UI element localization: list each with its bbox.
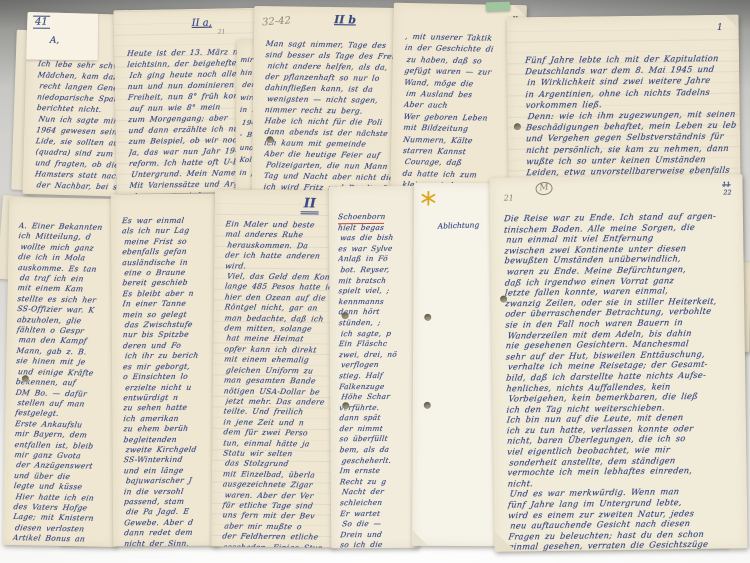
manuscript-page-bottom-4: Schoenbornhielt begaswas die bishes war … <box>329 186 419 549</box>
punch-hole <box>424 402 431 409</box>
folded-corner <box>515 5 527 17</box>
photo-of-manuscript-pages: Ich lebe sehr schwierig undMädchen, kam … <box>0 0 750 563</box>
punch-hole <box>266 136 273 143</box>
pencil-page-number: 21 <box>504 193 514 202</box>
handwriting-text: Man sagt nimmer, Tage dessind besser als… <box>264 38 396 197</box>
manuscript-page-top-3: 32-42 II b Man sagt nimmer, Tage dessind… <box>252 6 397 197</box>
pencil-range-label: 32-42 <box>262 15 292 28</box>
handwriting-text: A. Einer Bekanntenich Mitteilung, dwollt… <box>13 221 123 547</box>
manuscript-page-bottom-1: A. Einer Bekanntenich Mitteilung, dwollt… <box>3 197 124 547</box>
crossed-number: 11 <box>722 180 730 188</box>
manuscript-page-bottom-6: 21 M 11 22 Die Reise war zu Ende. Ich st… <box>489 174 747 551</box>
punch-hole <box>342 312 349 319</box>
folded-corner <box>725 15 739 29</box>
punch-hole <box>424 314 431 321</box>
pencil-sub-number: 21 <box>218 28 226 35</box>
section-label: II b <box>334 13 356 26</box>
asterisk-icon <box>421 191 436 206</box>
punch-hole <box>500 296 507 303</box>
page-number: 1 <box>717 23 723 33</box>
slip-number-label: 41 <box>33 16 50 29</box>
archival-slip: 41 A, <box>24 12 99 60</box>
handwriting-text: Schoenbornhielt begaswas die bishes war … <box>338 212 418 549</box>
handwriting-text: Ein Maler und bestemal anderes Ruheherau… <box>222 219 338 547</box>
section-label: II a, <box>192 18 212 29</box>
section-label: II <box>301 196 319 214</box>
handwriting-text: Die Reise war zu Ende. Ich stand auf arg… <box>504 210 744 551</box>
circled-letter-mark: M <box>535 181 554 196</box>
replacement-number: 22 <box>723 188 731 196</box>
manuscript-page-bottom-2: Es war einmalals ich nur Lagmeine Frist … <box>111 194 219 547</box>
annotation-word: Ablichtung <box>438 220 480 230</box>
punch-hole <box>342 402 349 409</box>
handwriting-text: Es war einmalals ich nur Lagmeine Frist … <box>122 216 219 547</box>
manuscript-page-bottom-3: II Ein Maler und bestemal anderes Ruhehe… <box>211 189 339 547</box>
folded-corner <box>494 531 516 551</box>
folded-corner <box>412 530 428 546</box>
punch-hole <box>514 123 521 130</box>
green-paper-tab <box>486 2 510 12</box>
slip-letter-label: A, <box>50 36 59 46</box>
punch-hole <box>22 375 29 382</box>
